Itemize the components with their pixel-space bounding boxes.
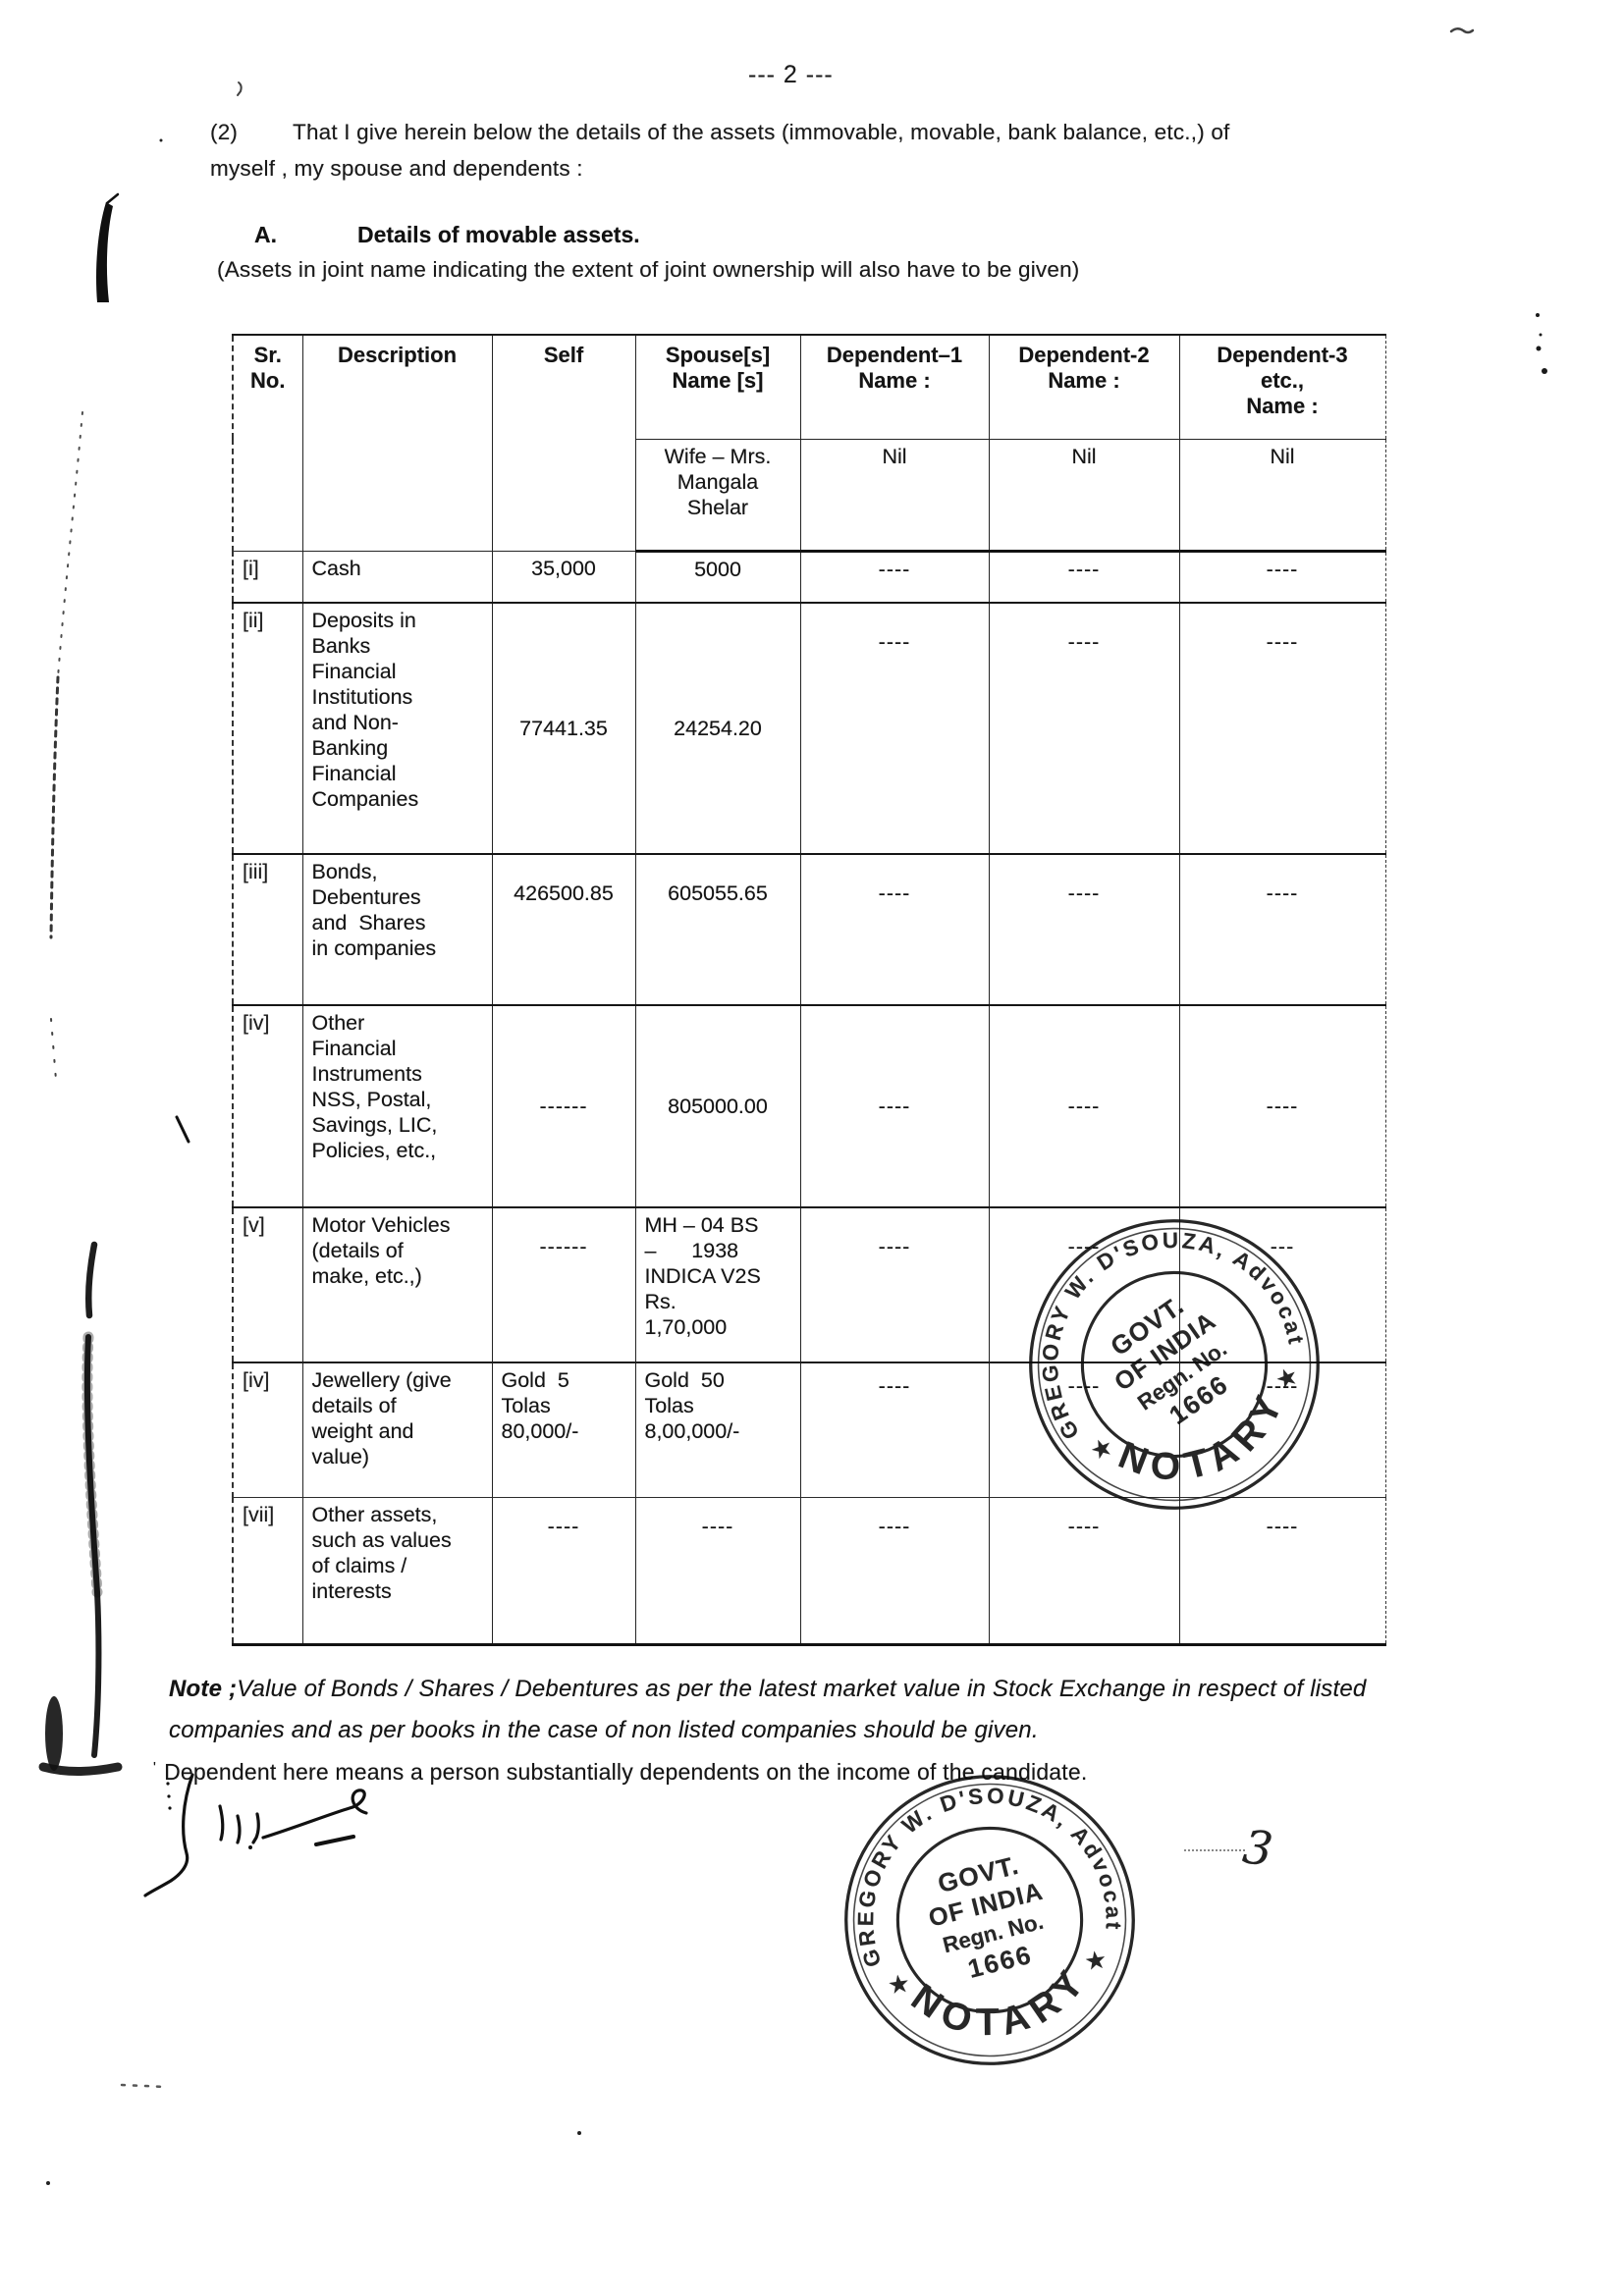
col-header-dependent-1: Dependent–1 Name :: [800, 335, 989, 439]
row-dep1-value: ----: [800, 603, 989, 854]
table-row: [iii] Bonds, Debentures and Shares in co…: [233, 854, 1385, 1005]
notary-stamp-bottom: GREGORY W. D'SOUZA, Advocate NOTARY ★ ★ …: [837, 1767, 1143, 2073]
margin-specks: [51, 1019, 56, 1080]
row-sr: [v]: [233, 1207, 302, 1362]
stamp-center-text: GOVT. OF INDIA Regn. No. 1666: [918, 1845, 1060, 1990]
row-sr: [i]: [233, 551, 302, 603]
stamp-center-text: GOVT. OF INDIA Regn. No. 1666: [1091, 1280, 1255, 1445]
row-spouse-value: 605055.65: [635, 854, 800, 1005]
dependent-3-name-cell: Nil: [1179, 439, 1385, 551]
row-dep2-value: ----: [989, 1497, 1179, 1644]
row-dep2-value: ----: [989, 854, 1179, 1005]
col-header-spouse: Spouse[s] Name [s]: [635, 335, 800, 439]
table-row: [vii] Other assets, such as values of cl…: [233, 1497, 1385, 1644]
row-dep1-value: ----: [800, 854, 989, 1005]
note-paragraph: Note ;Value of Bonds / Shares / Debentur…: [169, 1669, 1408, 1751]
row-dep1-value: ----: [800, 1207, 989, 1362]
notary-stamp-middle: GREGORY W. D'SOUZA, Advocate NOTARY ★ ★ …: [1021, 1211, 1327, 1518]
row-dep1-value: ----: [800, 1497, 989, 1644]
table-row: [ii] Deposits in Banks Financial Institu…: [233, 603, 1385, 854]
row-dep1-value: ----: [800, 1005, 989, 1207]
col-header-description: Description: [302, 335, 492, 551]
spouse-name-cell: Wife – Mrs. Mangala Shelar: [635, 439, 800, 551]
edge-specks: [1536, 313, 1547, 374]
row-dep3-value: ----: [1179, 1005, 1385, 1207]
row-spouse-value: 24254.20: [635, 603, 800, 854]
dependent-1-name-cell: Nil: [800, 439, 989, 551]
col-header-dependent-2: Dependent-2 Name :: [989, 335, 1179, 439]
row-sr: [iv]: [233, 1005, 302, 1207]
row-dep2-value: ----: [989, 1005, 1179, 1207]
row-self-value: 35,000: [492, 551, 635, 603]
row-dep1-value: ----: [800, 551, 989, 603]
row-description: Other assets, such as values of claims /…: [302, 1497, 492, 1644]
row-dep2-value: ----: [989, 603, 1179, 854]
handwritten-page-number: 3: [1240, 1820, 1275, 1877]
stamp-star-right: ★: [1083, 1946, 1109, 1976]
margin-ink-blob: [45, 1696, 63, 1771]
row-sr: [iv]: [233, 1362, 302, 1497]
row-spouse-value: ----: [635, 1497, 800, 1644]
section-a-subtitle: (Assets in joint name indicating the ext…: [217, 257, 1079, 283]
dependent-2-name-cell: Nil: [989, 439, 1179, 551]
row-dep3-value: ----: [1179, 854, 1385, 1005]
stamp-star-left: ★: [886, 1970, 911, 2001]
row-self-value: ------: [492, 1005, 635, 1207]
row-dep1-value: ----: [800, 1362, 989, 1497]
row-self-value: Gold 5 Tolas 80,000/-: [492, 1362, 635, 1497]
margin-slash-mark: [177, 1117, 189, 1142]
row-self-value: ----: [492, 1497, 635, 1644]
bottom-specks: [122, 2085, 167, 2087]
stamp-star-right: ★: [1272, 1362, 1303, 1395]
row-self-value: 426500.85: [492, 854, 635, 1005]
section-a-label: A.: [254, 222, 357, 248]
row-description: Other Financial Instruments NSS, Postal,…: [302, 1005, 492, 1207]
row-spouse-value: Gold 50 Tolas 8,00,000/-: [635, 1362, 800, 1497]
table-row: [i] Cash 35,000 5000 ---- ---- ----: [233, 551, 1385, 603]
stamp-star-left: ★: [1086, 1432, 1117, 1466]
section-a-heading: A.Details of movable assets.: [254, 222, 640, 248]
footnote-marker: ': [153, 1759, 164, 1776]
handwritten-dotted-line: [1184, 1849, 1245, 1851]
row-description: Motor Vehicles (details of make, etc.,): [302, 1207, 492, 1362]
scanned-affidavit-page: --- 2 --- (2)That I give herein below th…: [0, 0, 1624, 2296]
row-self-value: 77441.35: [492, 603, 635, 854]
row-sr: [vii]: [233, 1497, 302, 1644]
margin-ink-foot: [43, 1767, 118, 1772]
clause-2-line1: (2)That I give herein below the details …: [210, 114, 1398, 150]
note-text: Value of Bonds / Shares / Debentures as …: [169, 1676, 1366, 1743]
row-sr: [iii]: [233, 854, 302, 1005]
col-header-dependent-3: Dependent-3 etc., Name :: [1179, 335, 1385, 439]
row-dep3-value: ----: [1179, 603, 1385, 854]
margin-ink-blot: [96, 202, 113, 302]
row-spouse-value: MH – 04 BS – 1938 INDICA V2S Rs. 1,70,00…: [635, 1207, 800, 1362]
clause-2-line2: myself , my spouse and dependents :: [210, 150, 1398, 187]
page-number: --- 2 ---: [748, 61, 834, 89]
stray-squiggle-mark: [238, 82, 242, 95]
row-description: Deposits in Banks Financial Institutions…: [302, 603, 492, 854]
clause-2-paragraph: (2)That I give herein below the details …: [210, 114, 1398, 187]
margin-speckle-trail: [58, 412, 82, 677]
row-dep3-value: ----: [1179, 551, 1385, 603]
section-a-title: Details of movable assets.: [357, 222, 640, 247]
col-header-self: Self: [492, 335, 635, 551]
row-description: Cash: [302, 551, 492, 603]
row-self-value: ------: [492, 1207, 635, 1362]
margin-long-stroke: [88, 1245, 94, 1315]
row-spouse-value: 805000.00: [635, 1005, 800, 1207]
col-header-sr-no: Sr. No.: [233, 335, 302, 551]
signature: [145, 1775, 366, 1896]
clause-2-label: (2): [210, 114, 293, 150]
row-sr: [ii]: [233, 603, 302, 854]
stray-tilde-mark: [1451, 28, 1473, 32]
row-dep3-value: ----: [1179, 1497, 1385, 1644]
row-spouse-value: 5000: [635, 551, 800, 603]
row-description: Jewellery (give details of weight and va…: [302, 1362, 492, 1497]
row-dep2-value: ----: [989, 551, 1179, 603]
note-label: Note ;: [169, 1676, 237, 1702]
table-row: [iv] Other Financial Instruments NSS, Po…: [233, 1005, 1385, 1207]
table-header-row: Sr. No. Description Self Spouse[s] Name …: [233, 335, 1385, 439]
row-description: Bonds, Debentures and Shares in companie…: [302, 854, 492, 1005]
